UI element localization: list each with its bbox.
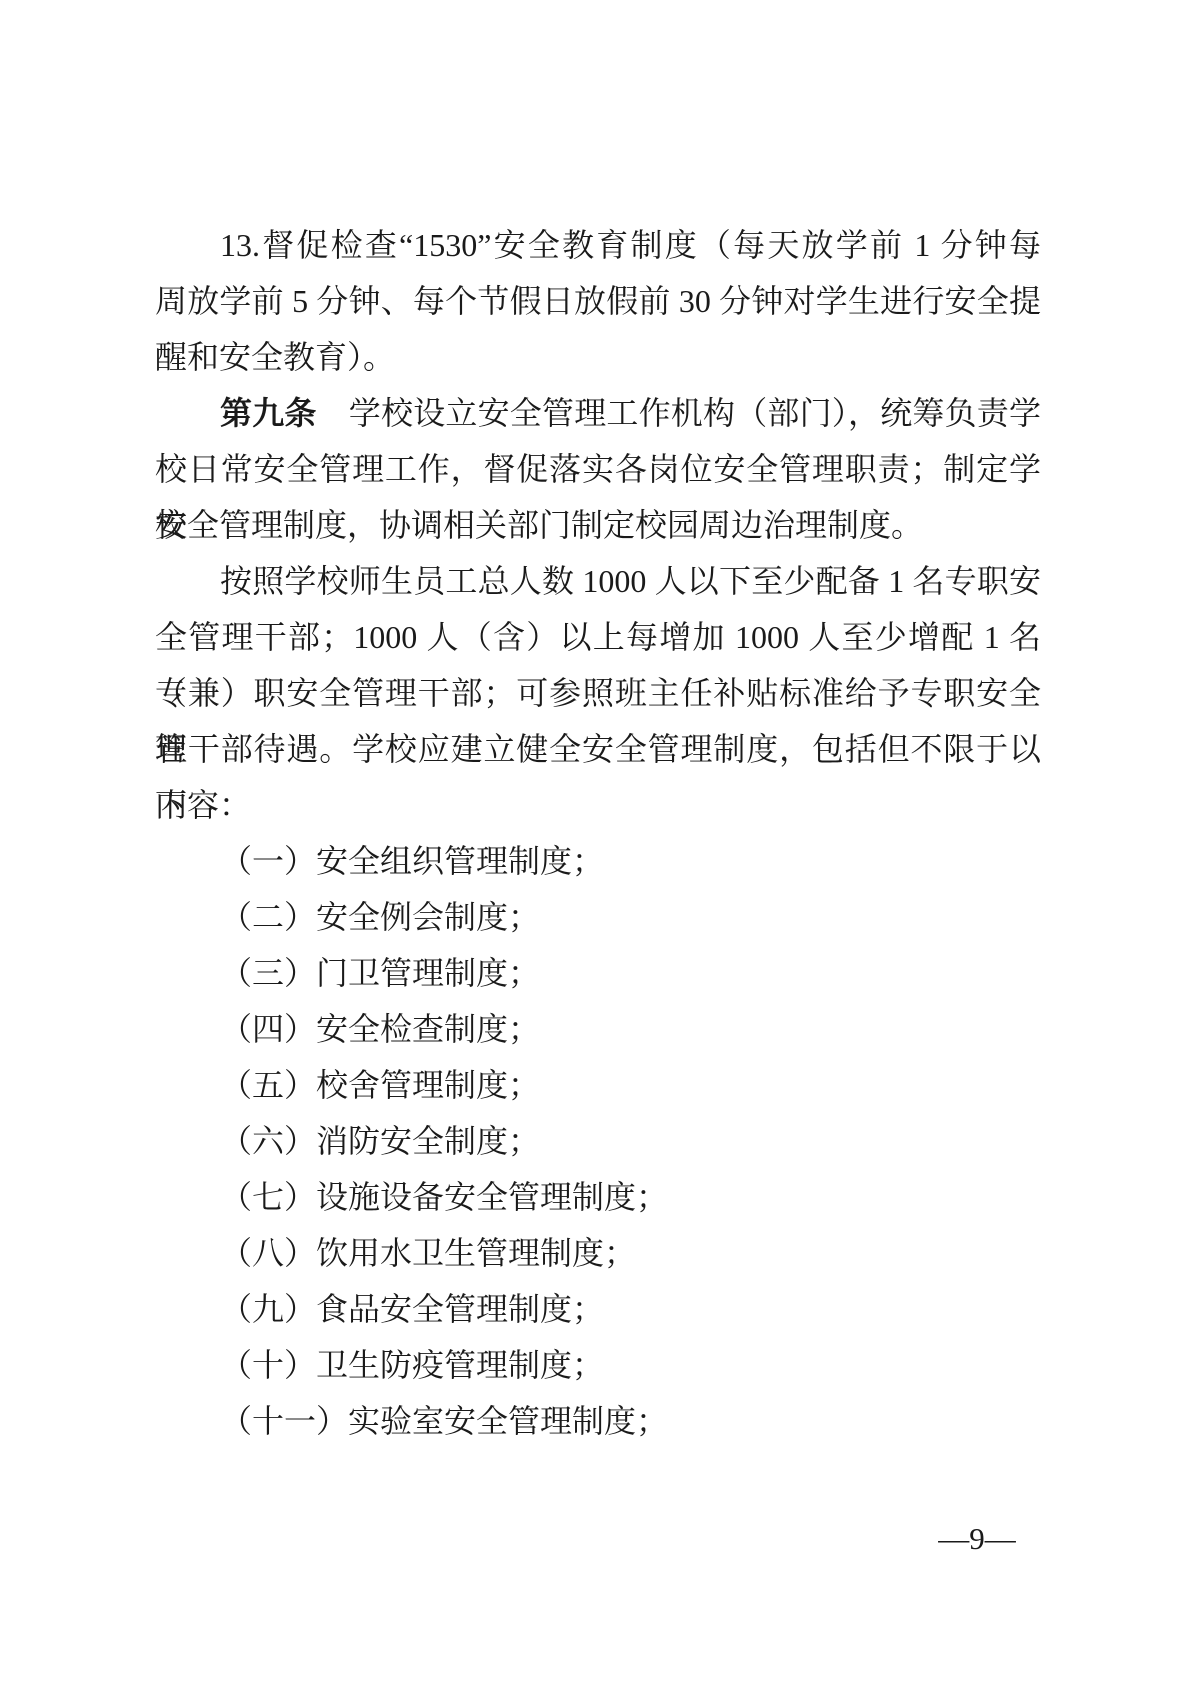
list-item-line: （五）校舍管理制度；	[155, 1057, 1041, 1113]
paragraph-line: 校日常安全管理工作，督促落实各岗位安全管理职责；制定学校	[155, 441, 1041, 497]
list-item-line: （四）安全检查制度；	[155, 1001, 1041, 1057]
paragraph-line: 内容：	[155, 777, 1041, 833]
list-item-line: （八）饮用水卫生管理制度；	[155, 1225, 1041, 1281]
paragraph-line: 醒和安全教育）。	[155, 329, 1041, 385]
paragraph-line: 理干部待遇。学校应建立健全安全管理制度，包括但不限于以下	[155, 721, 1041, 777]
list-item-line: （九）食品安全管理制度；	[155, 1281, 1041, 1337]
list-item-line: （十）卫生防疫管理制度；	[155, 1337, 1041, 1393]
list-item-line: （十一）实验室安全管理制度；	[155, 1393, 1041, 1449]
paragraph-line: 第九条 学校设立安全管理工作机构（部门），统筹负责学	[155, 385, 1041, 441]
article-number-heading: 第九条	[220, 395, 317, 431]
paragraph-line: 安全管理制度，协调相关部门制定校园周边治理制度。	[155, 497, 1041, 553]
list-item-line: （三）门卫管理制度；	[155, 945, 1041, 1001]
page-number: —9—	[897, 1519, 1057, 1559]
paragraph-line: 全管理干部；1000 人（含）以上每增加 1000 人至少增配 1 名专	[155, 609, 1041, 665]
document-page: 13.督促检查“1530”安全教育制度（每天放学前 1 分钟每 周放学前 5 分…	[0, 0, 1191, 1684]
paragraph-line: 13.督促检查“1530”安全教育制度（每天放学前 1 分钟每	[155, 217, 1041, 273]
paragraph-line: 周放学前 5 分钟、每个节假日放假前 30 分钟对学生进行安全提	[155, 273, 1041, 329]
paragraph-line: （兼）职安全管理干部；可参照班主任补贴标准给予专职安全管	[155, 665, 1041, 721]
list-item-line: （六）消防安全制度；	[155, 1113, 1041, 1169]
article-text: 学校设立安全管理工作机构（部门），统筹负责学	[317, 395, 1041, 431]
list-item-line: （七）设施设备安全管理制度；	[155, 1169, 1041, 1225]
paragraph-line: 按照学校师生员工总人数 1000 人以下至少配备 1 名专职安	[155, 553, 1041, 609]
list-item-line: （二）安全例会制度；	[155, 889, 1041, 945]
list-item-line: （一）安全组织管理制度；	[155, 833, 1041, 889]
document-body: 13.督促检查“1530”安全教育制度（每天放学前 1 分钟每 周放学前 5 分…	[155, 217, 1041, 1449]
